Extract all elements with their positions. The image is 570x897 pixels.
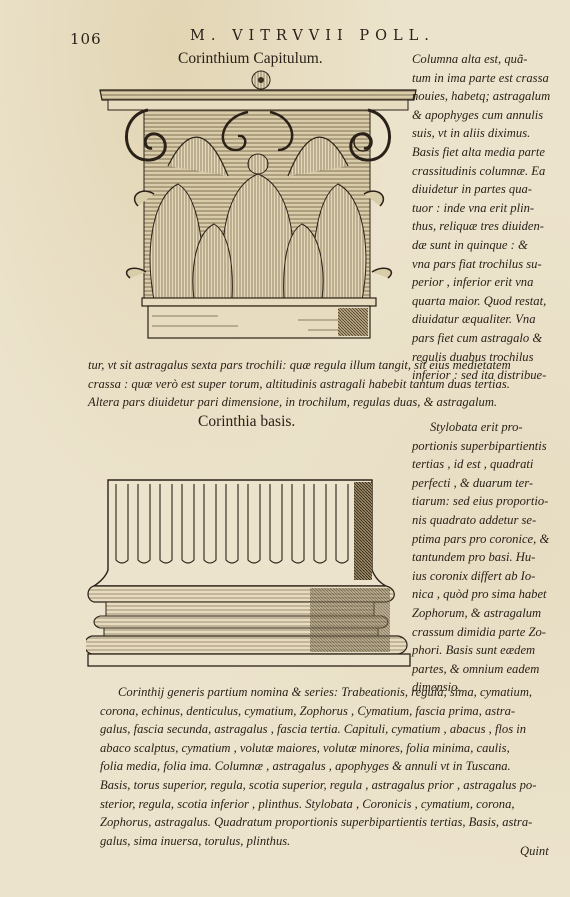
text-line: galus, fascia secunda, astragalus , fasc… — [100, 720, 560, 739]
text-line: nis quadrato addetur se- — [412, 511, 560, 530]
text-line: tum in ima parte est crassa — [412, 69, 560, 88]
text-line: galus, sima inuersa, torulus, plinthus. — [100, 832, 560, 851]
text-line: crassitudinis columnæ. Ea — [412, 162, 560, 181]
capital-engraving-icon — [98, 66, 420, 342]
text-line: tiarum: sed eius proportio- — [412, 492, 560, 511]
text-line: abaco scalptus, cymatium , volutæ maiore… — [100, 739, 560, 758]
text-line: suis, vt in aliis diximus. — [412, 124, 560, 143]
text-line: Zophorum, & astragalum — [412, 604, 560, 623]
text-line: Basis, torus superior, regula, scotia su… — [100, 776, 560, 795]
text-line: Zophorus, astragalus. Quadratum proporti… — [100, 813, 560, 832]
text-line: Stylobata erit pro- — [412, 418, 560, 437]
running-head: M. VITRVVII POLL. — [190, 28, 435, 44]
corinthian-capital-illustration — [98, 66, 420, 342]
text-line: Columna alta est, quã- — [412, 50, 560, 69]
text-line: sterior, regula, scotia inferior , plint… — [100, 795, 560, 814]
text-line: thus, reliquæ tres diuiden- — [412, 217, 560, 236]
text-line: nouies, habetq; astragalum — [412, 87, 560, 106]
text-line: crassa : quæ verò est super torum, altit… — [88, 375, 558, 394]
side-text-column-1: Columna alta est, quã- tum in ima parte … — [412, 50, 560, 385]
text-line: tur, vt sit astragalus sexta pars trochi… — [88, 356, 558, 375]
text-line: ius coronix differt ab Io- — [412, 567, 560, 586]
text-line: tertias , id est , quadrati — [412, 455, 560, 474]
text-line: partes, & omnium eadem — [412, 660, 560, 679]
wide-paragraph: tur, vt sit astragalus sexta pars trochi… — [88, 356, 558, 412]
text-line: Altera pars diuidetur pari dimensione, i… — [88, 393, 558, 412]
base-caption: Corinthia basis. — [198, 413, 295, 431]
text-line: phori. Basis sunt eædem — [412, 641, 560, 660]
text-line: folia media, folia ima. Columnæ , astrag… — [100, 757, 560, 776]
parts-nomenclature-paragraph: Corinthij generis partium nomina & serie… — [100, 683, 560, 850]
text-line: & apophyges cum annulis — [412, 106, 560, 125]
side-text-column-2: Stylobata erit pro- portionis superbipar… — [412, 418, 560, 697]
text-line: diuidatur æqualiter. Vna — [412, 310, 560, 329]
corinthian-base-illustration — [86, 476, 414, 668]
text-line: vna pars fiat trochilus su- — [412, 255, 560, 274]
catchword: Quint — [520, 842, 549, 861]
text-line: portionis superbipartientis — [412, 437, 560, 456]
text-line: tuor : inde vna erit plin- — [412, 199, 560, 218]
text-line: pars fiet cum astragalo & — [412, 329, 560, 348]
text-line: nica , quòd pro sima habet — [412, 585, 560, 604]
text-line: crassum dimidia parte Zo- — [412, 623, 560, 642]
text-line: tantundem pro basi. Hu- — [412, 548, 560, 567]
base-engraving-icon — [86, 476, 414, 668]
text-line: Basis fiet alta media parte — [412, 143, 560, 162]
text-line: Corinthij generis partium nomina & serie… — [100, 683, 560, 702]
text-line: corona, echinus, denticulus, cymatium, Z… — [100, 702, 560, 721]
text-line: dæ sunt in quinque : & — [412, 236, 560, 255]
page-number: 106 — [70, 30, 102, 48]
text-line: perfecti , & duarum ter- — [412, 474, 560, 493]
text-line: perior , inferior erit vna — [412, 273, 560, 292]
text-line: quarta maior. Quod restat, — [412, 292, 560, 311]
text-line: diuidetur in partes qua- — [412, 180, 560, 199]
text-line: ptima pars pro coronice, & — [412, 530, 560, 549]
